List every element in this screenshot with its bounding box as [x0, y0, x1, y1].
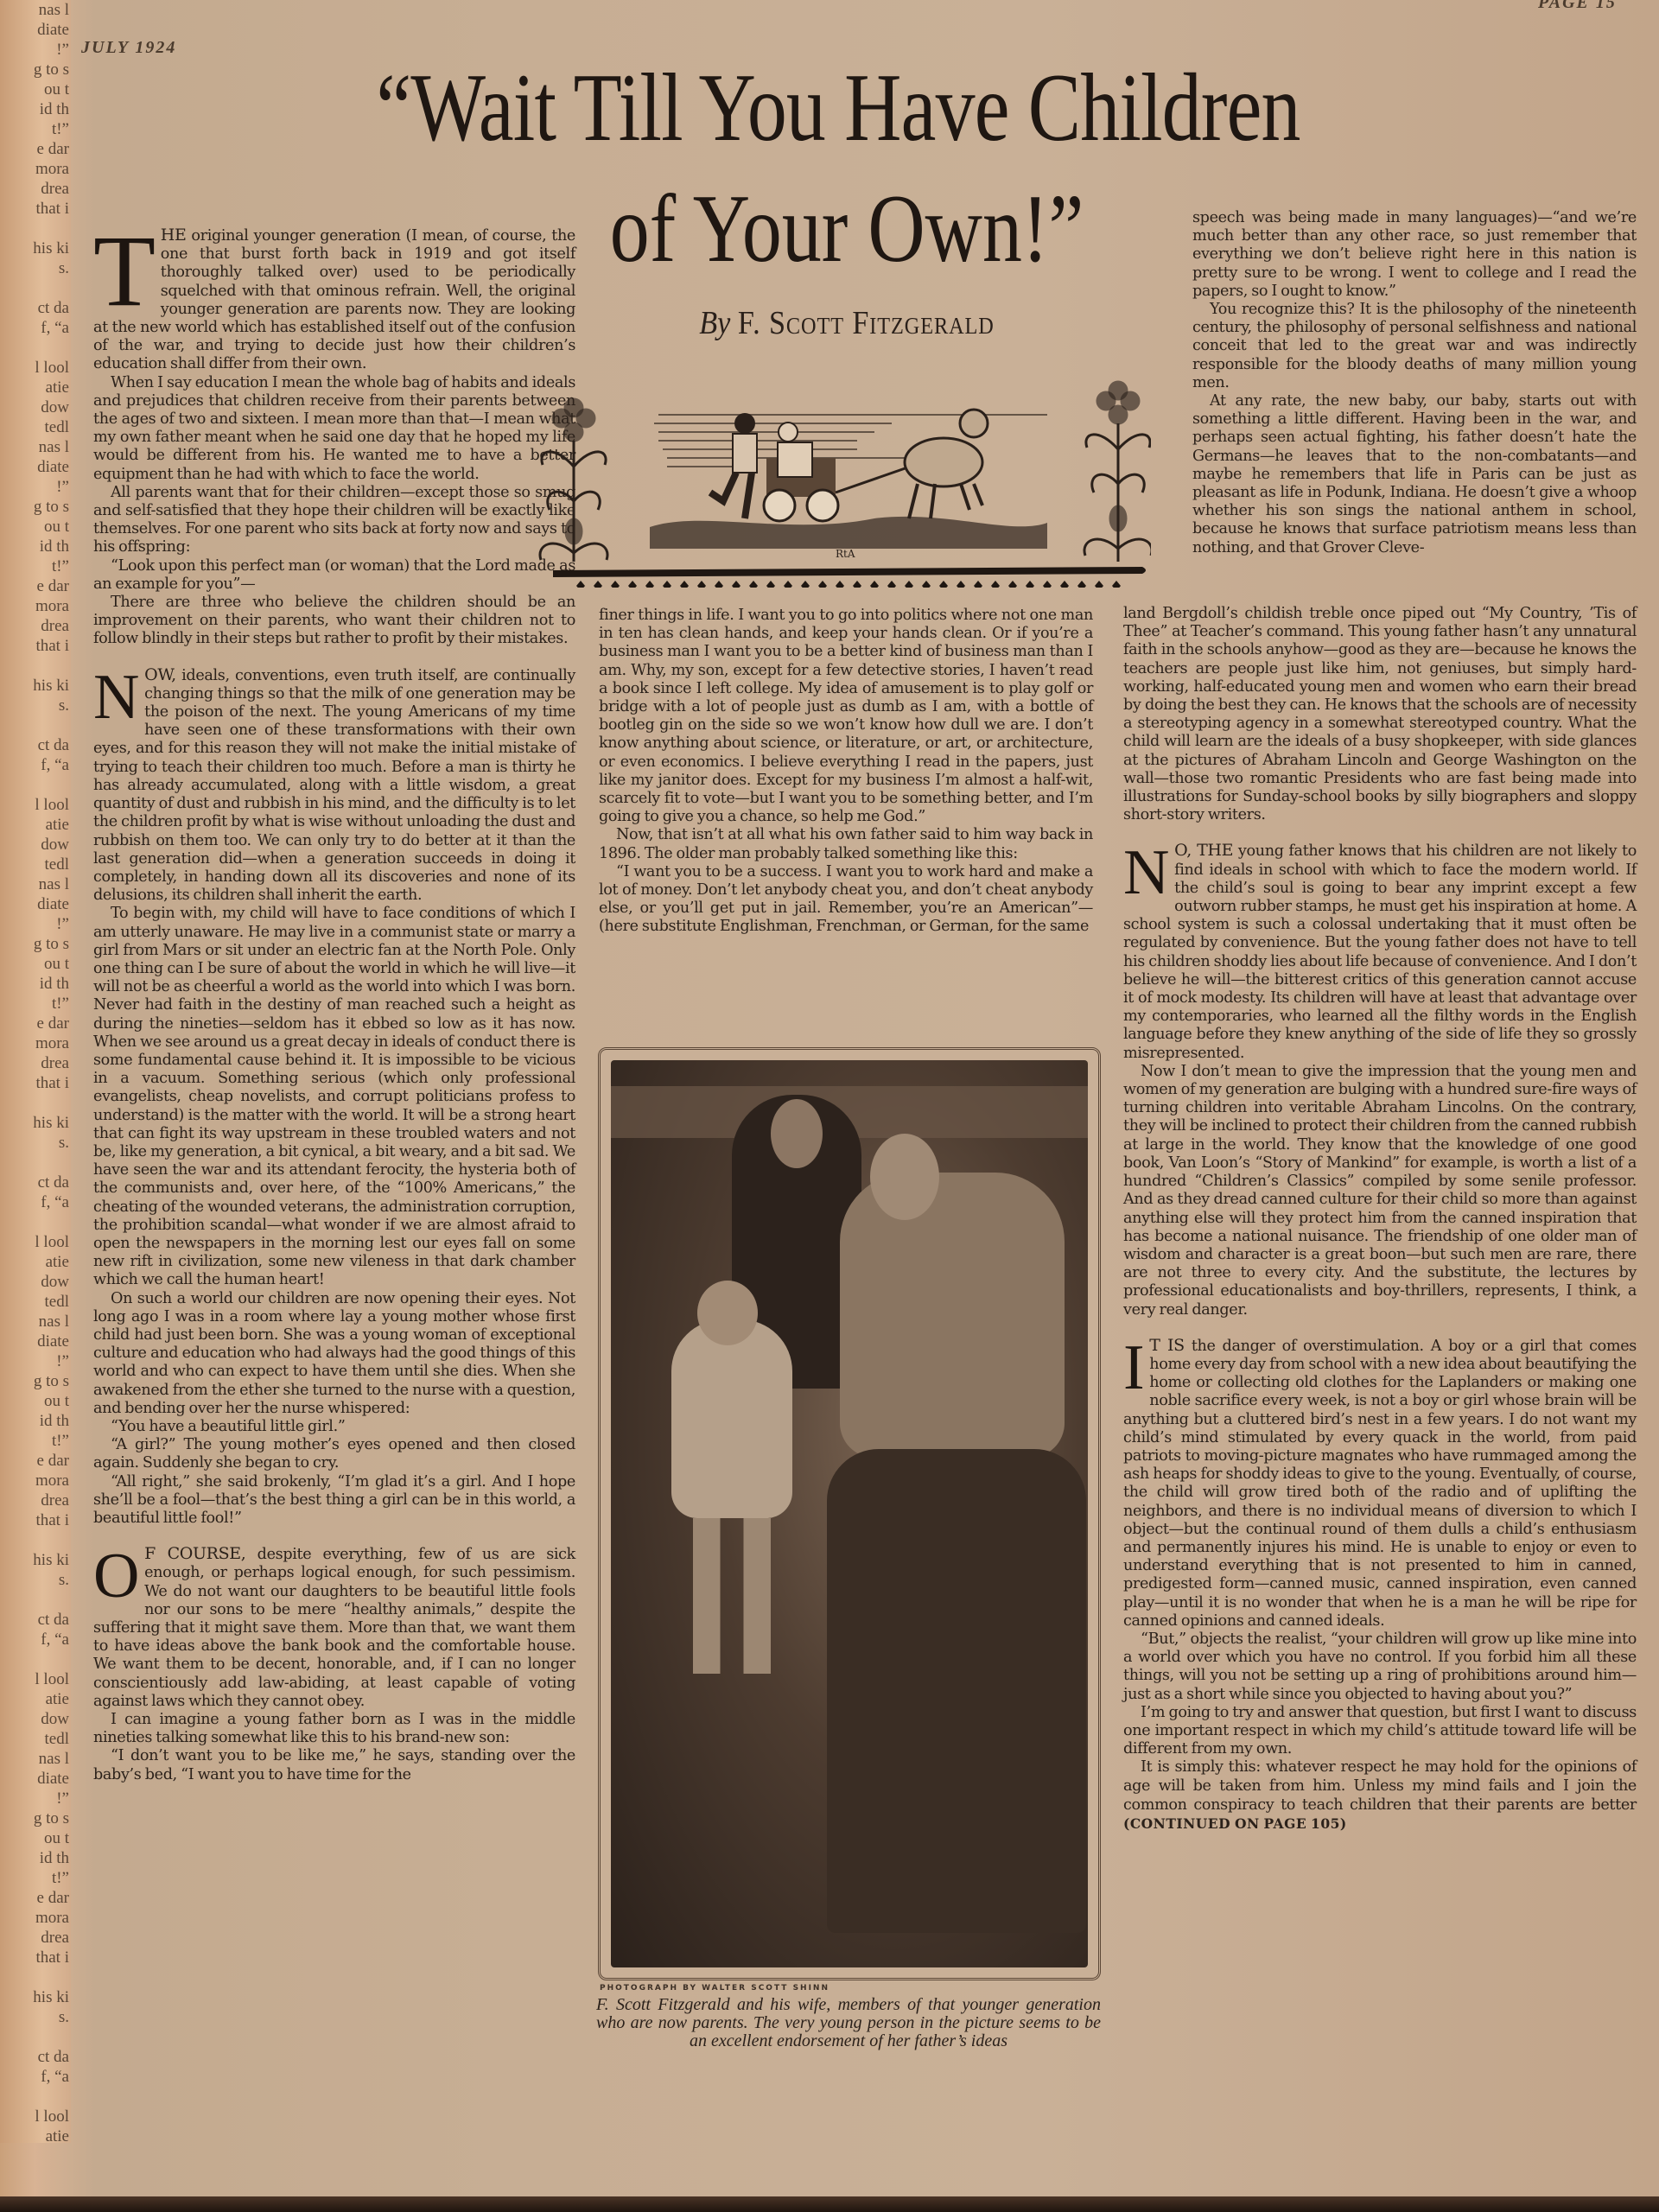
facing-page-text-fragment: e dar — [0, 1014, 71, 1033]
facing-page-text-fragment: dow — [0, 835, 71, 855]
facing-page-text-fragment: ct da — [0, 735, 71, 755]
facing-page-text-fragment: ct da — [0, 1610, 71, 1630]
facing-page-text-fragment — [0, 656, 71, 676]
facing-page-text-fragment — [0, 1093, 71, 1113]
facing-page-text-fragment: t!” — [0, 119, 71, 139]
article-paragraph: IT IS the danger of overstimulation. A b… — [1123, 1337, 1637, 1630]
article-paragraph: “A girl?” The young mother’s eyes opened… — [93, 1436, 575, 1472]
article-paragraph: “All right,” she said brokenly, “I’m gla… — [93, 1473, 575, 1529]
facing-page-text-fragment: g to s — [0, 497, 71, 517]
photo-credit: PHOTOGRAPH BY WALTER SCOTT SHINN — [600, 1984, 829, 1993]
drop-cap: O — [93, 1550, 139, 1602]
article-paragraph: On such a world our children are now ope… — [93, 1290, 575, 1418]
facing-page-text-fragment: f, “a — [0, 318, 71, 338]
facing-page-text-fragment: g to s — [0, 1371, 71, 1391]
facing-page-text-fragment: mora — [0, 1471, 71, 1491]
facing-page-text-fragment: his ki — [0, 1550, 71, 1570]
article-paragraph: “I want you to be a success. I want you … — [599, 863, 1093, 937]
running-head-date: JULY 1924 — [81, 38, 176, 58]
facing-page-text-fragment — [0, 1649, 71, 1669]
drop-cap: I — [1123, 1342, 1144, 1394]
facing-page-text-fragment: ou t — [0, 79, 71, 99]
lead-in: F COURSE, — [144, 1544, 245, 1563]
facing-page-text-fragment: e dar — [0, 1888, 71, 1908]
facing-page-text-fragment — [0, 219, 71, 238]
facing-page-text-fragment: s. — [0, 2007, 71, 2027]
article-paragraph: NO, THE young father knows that his chil… — [1123, 842, 1637, 1062]
facing-page-text-fragment: g to s — [0, 1808, 71, 1828]
facing-page-text-fragment: that i — [0, 1510, 71, 1530]
floral-finial-right-icon — [1084, 382, 1151, 562]
facing-page-text-fragment: nas l — [0, 1749, 71, 1769]
facing-page-text-fragment: atie — [0, 1252, 71, 1272]
facing-page-text-fragment: diate — [0, 1332, 71, 1351]
family-photograph — [611, 1060, 1088, 1967]
article-paragraph: I’m going to try and answer that questio… — [1123, 1704, 1637, 1759]
facing-page-text-fragment: dow — [0, 1709, 71, 1729]
facing-page-text-fragment: atie — [0, 2126, 71, 2143]
lead-in: OW, — [144, 665, 176, 684]
photo-frame — [598, 1047, 1101, 1980]
lead-in: T IS — [1149, 1336, 1185, 1355]
facing-page-text-fragment — [0, 775, 71, 795]
facing-page-text-fragment: e dar — [0, 1451, 71, 1471]
article-paragraph: NOW, ideals, conventions, even truth its… — [93, 666, 575, 906]
facing-page-text-fragment: t!” — [0, 1431, 71, 1451]
facing-page-text-fragment: that i — [0, 1948, 71, 1967]
facing-page-text-fragment: id th — [0, 1411, 71, 1431]
article-paragraph: finer things in life. I want you to go i… — [599, 607, 1093, 826]
page-number: PAGE 15 — [1538, 0, 1617, 13]
facing-page-text-fragment: id th — [0, 1848, 71, 1868]
facing-page-text-fragment: t!” — [0, 556, 71, 576]
facing-page-text-fragment: drea — [0, 1053, 71, 1073]
facing-page-text-fragment: id th — [0, 974, 71, 994]
facing-page-text-fragment: l lool — [0, 358, 71, 378]
goat-cart-scene-icon: RtA — [650, 410, 1047, 560]
article-paragraph: Now, that isn’t at all what his own fath… — [599, 826, 1093, 862]
facing-page-text-fragment: atie — [0, 1689, 71, 1709]
facing-page-text-fragment: nas l — [0, 874, 71, 894]
man-face — [870, 1134, 939, 1220]
facing-page-text-fragment: atie — [0, 815, 71, 835]
facing-page-text-fragment: !” — [0, 914, 71, 934]
article-paragraph: There are three who believe the children… — [93, 594, 575, 649]
facing-page-text-fragment: mora — [0, 1908, 71, 1928]
article-paragraph: It is simply this: whatever respect he m… — [1123, 1758, 1637, 1834]
facing-page-text-fragment: that i — [0, 1073, 71, 1093]
facing-page-text-fragment — [0, 1212, 71, 1232]
facing-page-text-fragment: !” — [0, 40, 71, 60]
article-paragraph: “But,” objects the realist, “your childr… — [1123, 1630, 1637, 1704]
article-column-middle: finer things in life. I want you to go i… — [599, 607, 1093, 937]
lead-in: O, THE — [1174, 841, 1233, 860]
facing-page-text-fragment: f, “a — [0, 755, 71, 775]
facing-page-text-fragment: ct da — [0, 1173, 71, 1192]
facing-page-text-fragment: g to s — [0, 934, 71, 954]
facing-page-text-fragment: l lool — [0, 2107, 71, 2126]
facing-page-text-fragment: !” — [0, 477, 71, 497]
facing-page-text-fragment: id th — [0, 99, 71, 119]
facing-page-text-fragment: t!” — [0, 1868, 71, 1888]
article-title-line-1: “Wait Till You Have Children — [328, 52, 1349, 164]
facing-page-text-fragment: diate — [0, 894, 71, 914]
author-name: F. Scott Fitzgerald — [738, 305, 995, 341]
article-paragraph: I can imagine a young father born as I w… — [93, 1711, 575, 1747]
artist-signature: RtA — [836, 548, 855, 560]
child-legs — [693, 1518, 771, 1674]
facing-page-text-fragment — [0, 1967, 71, 1987]
article-column-right-lower: land Bergdoll’s childish treble once pip… — [1123, 605, 1637, 1834]
facing-page-text-fragment: tedl — [0, 1729, 71, 1749]
child-face — [697, 1281, 758, 1345]
facing-page-text-fragment: that i — [0, 636, 71, 656]
article-paragraph: At any rate, the new baby, our baby, sta… — [1192, 392, 1637, 557]
facing-page-text-fragment: t!” — [0, 994, 71, 1014]
drop-cap: T — [93, 230, 156, 313]
facing-page-text-fragment: dow — [0, 397, 71, 417]
facing-page-text-fragment — [0, 715, 71, 735]
facing-page-text-fragment — [0, 338, 71, 358]
facing-page-edge: nas ldiate!”g to sou tid tht!”e darmorad… — [0, 0, 71, 2143]
facing-page-text-fragment: his ki — [0, 676, 71, 696]
facing-page-text-fragment: nas l — [0, 1312, 71, 1332]
facing-page-text-fragment — [0, 2027, 71, 2047]
facing-page-text-fragment: ou t — [0, 517, 71, 537]
facing-page-text-fragment — [0, 1590, 71, 1610]
facing-page-text-fragment: l lool — [0, 1232, 71, 1252]
facing-page-text-fragment: s. — [0, 696, 71, 715]
facing-page-text-fragment: nas l — [0, 437, 71, 457]
facing-page-text-fragment: dow — [0, 1272, 71, 1292]
facing-page-text-fragment: ou t — [0, 1391, 71, 1411]
facing-page-text-fragment: f, “a — [0, 1192, 71, 1212]
article-paragraph: speech was being made in many languages)… — [1192, 209, 1637, 301]
facing-page-text-fragment: drea — [0, 1928, 71, 1948]
facing-page-text-fragment: diate — [0, 20, 71, 40]
facing-page-text-fragment: nas l — [0, 0, 71, 20]
facing-page-text-fragment: his ki — [0, 1113, 71, 1133]
facing-page-text-fragment: diate — [0, 1769, 71, 1789]
facing-page-text-fragment: e dar — [0, 576, 71, 596]
facing-page-text-fragment: diate — [0, 457, 71, 477]
continued-on-page-link: (CONTINUED ON PAGE 105) — [1123, 1815, 1347, 1832]
article-paragraph: “Look upon this perfect man (or woman) t… — [93, 557, 575, 594]
facing-page-text-fragment: tedl — [0, 1292, 71, 1312]
article-paragraph: When I say education I mean the whole ba… — [93, 374, 575, 484]
facing-page-text-fragment: s. — [0, 1133, 71, 1153]
facing-page-text-fragment: ct da — [0, 2047, 71, 2067]
article-paragraph: All parents want that for their children… — [93, 484, 575, 557]
facing-page-text-fragment: mora — [0, 1033, 71, 1053]
facing-page-text-fragment: ou t — [0, 1828, 71, 1848]
facing-page-text-fragment: l lool — [0, 795, 71, 815]
magazine-page: nas ldiate!”g to sou tid tht!”e darmorad… — [0, 0, 1659, 2212]
facing-page-text-fragment — [0, 1153, 71, 1173]
facing-page-text-fragment: s. — [0, 258, 71, 278]
article-column-left: THE original younger generation (I mean,… — [93, 226, 575, 1784]
facing-page-text-fragment: f, “a — [0, 1630, 71, 1649]
facing-page-text-fragment: his ki — [0, 1987, 71, 2007]
facing-page-text-fragment: his ki — [0, 238, 71, 258]
facing-page-text-fragment: that i — [0, 199, 71, 219]
facing-page-text-fragment: drea — [0, 1491, 71, 1510]
article-title-line-2: of Your Own!” — [563, 173, 1130, 285]
byline-prefix: By — [699, 305, 730, 341]
armchair — [827, 1449, 1086, 1933]
lead-in: HE — [161, 226, 187, 245]
facing-page-text-fragment: !” — [0, 1789, 71, 1808]
article-paragraph: “You have a beautiful little girl.” — [93, 1418, 575, 1436]
facing-page-text-fragment: g to s — [0, 60, 71, 79]
facing-page-text-fragment: drea — [0, 616, 71, 636]
article-paragraph: land Bergdoll’s childish treble once pip… — [1123, 605, 1637, 824]
article-paragraph: OF COURSE, despite everything, few of us… — [93, 1545, 575, 1711]
article-paragraph: To begin with, my child will have to fac… — [93, 905, 575, 1289]
article-column-right-upper: speech was being made in many languages)… — [1192, 209, 1637, 557]
article-paragraph: Now I don’t mean to give the impression … — [1123, 1063, 1637, 1319]
facing-page-text-fragment: drea — [0, 179, 71, 199]
facing-page-text-fragment: id th — [0, 537, 71, 556]
facing-page-text-fragment: l lool — [0, 1669, 71, 1689]
article-paragraph: You recognize this? It is the philosophy… — [1192, 301, 1637, 392]
drop-cap: N — [1123, 847, 1169, 899]
facing-page-text-fragment: !” — [0, 1351, 71, 1371]
facing-page-text-fragment: mora — [0, 596, 71, 616]
facing-page-text-fragment: tedl — [0, 417, 71, 437]
facing-page-text-fragment: atie — [0, 378, 71, 397]
facing-page-text-fragment: e dar — [0, 139, 71, 159]
man-figure — [840, 1173, 1065, 1458]
child-figure — [671, 1319, 792, 1518]
woman-face — [771, 1099, 823, 1168]
photo-caption: F. Scott Fitzgerald and his wife, member… — [596, 1996, 1101, 2050]
facing-page-text-fragment — [0, 1530, 71, 1550]
page-bottom-shadow — [0, 2196, 1659, 2212]
facing-page-text-fragment: s. — [0, 1570, 71, 1590]
diamond-bead-rule-icon — [576, 581, 1121, 588]
byline: By F. Scott Fitzgerald — [613, 304, 1080, 342]
facing-page-text-fragment: ct da — [0, 298, 71, 318]
facing-page-text-fragment: ou t — [0, 954, 71, 974]
facing-page-text-fragment: mora — [0, 159, 71, 179]
article-paragraph: THE original younger generation (I mean,… — [93, 226, 575, 374]
woodcut-ornament-icon: RtA — [529, 363, 1151, 588]
article-paragraph: “I don’t want you to be like me,” he say… — [93, 1747, 575, 1783]
facing-page-text-fragment: f, “a — [0, 2067, 71, 2087]
drop-cap: N — [93, 671, 139, 723]
facing-page-text-fragment — [0, 2087, 71, 2107]
facing-page-text-fragment — [0, 278, 71, 298]
facing-page-text-fragment: tedl — [0, 855, 71, 874]
